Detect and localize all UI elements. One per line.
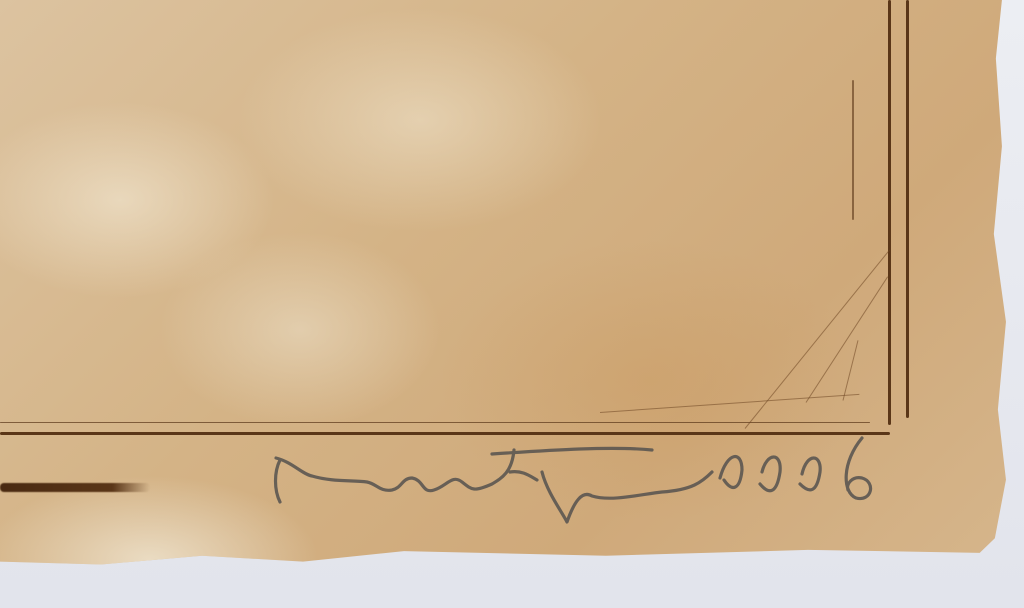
frame-right-line-outer	[906, 0, 909, 418]
frame-right-line-inner	[888, 0, 891, 425]
frame-bottom-line-inner	[0, 422, 870, 423]
frame-right-line-faint	[852, 80, 854, 220]
pencil-signature: Monty 1996	[262, 432, 902, 528]
left-ink-stroke	[0, 483, 150, 492]
